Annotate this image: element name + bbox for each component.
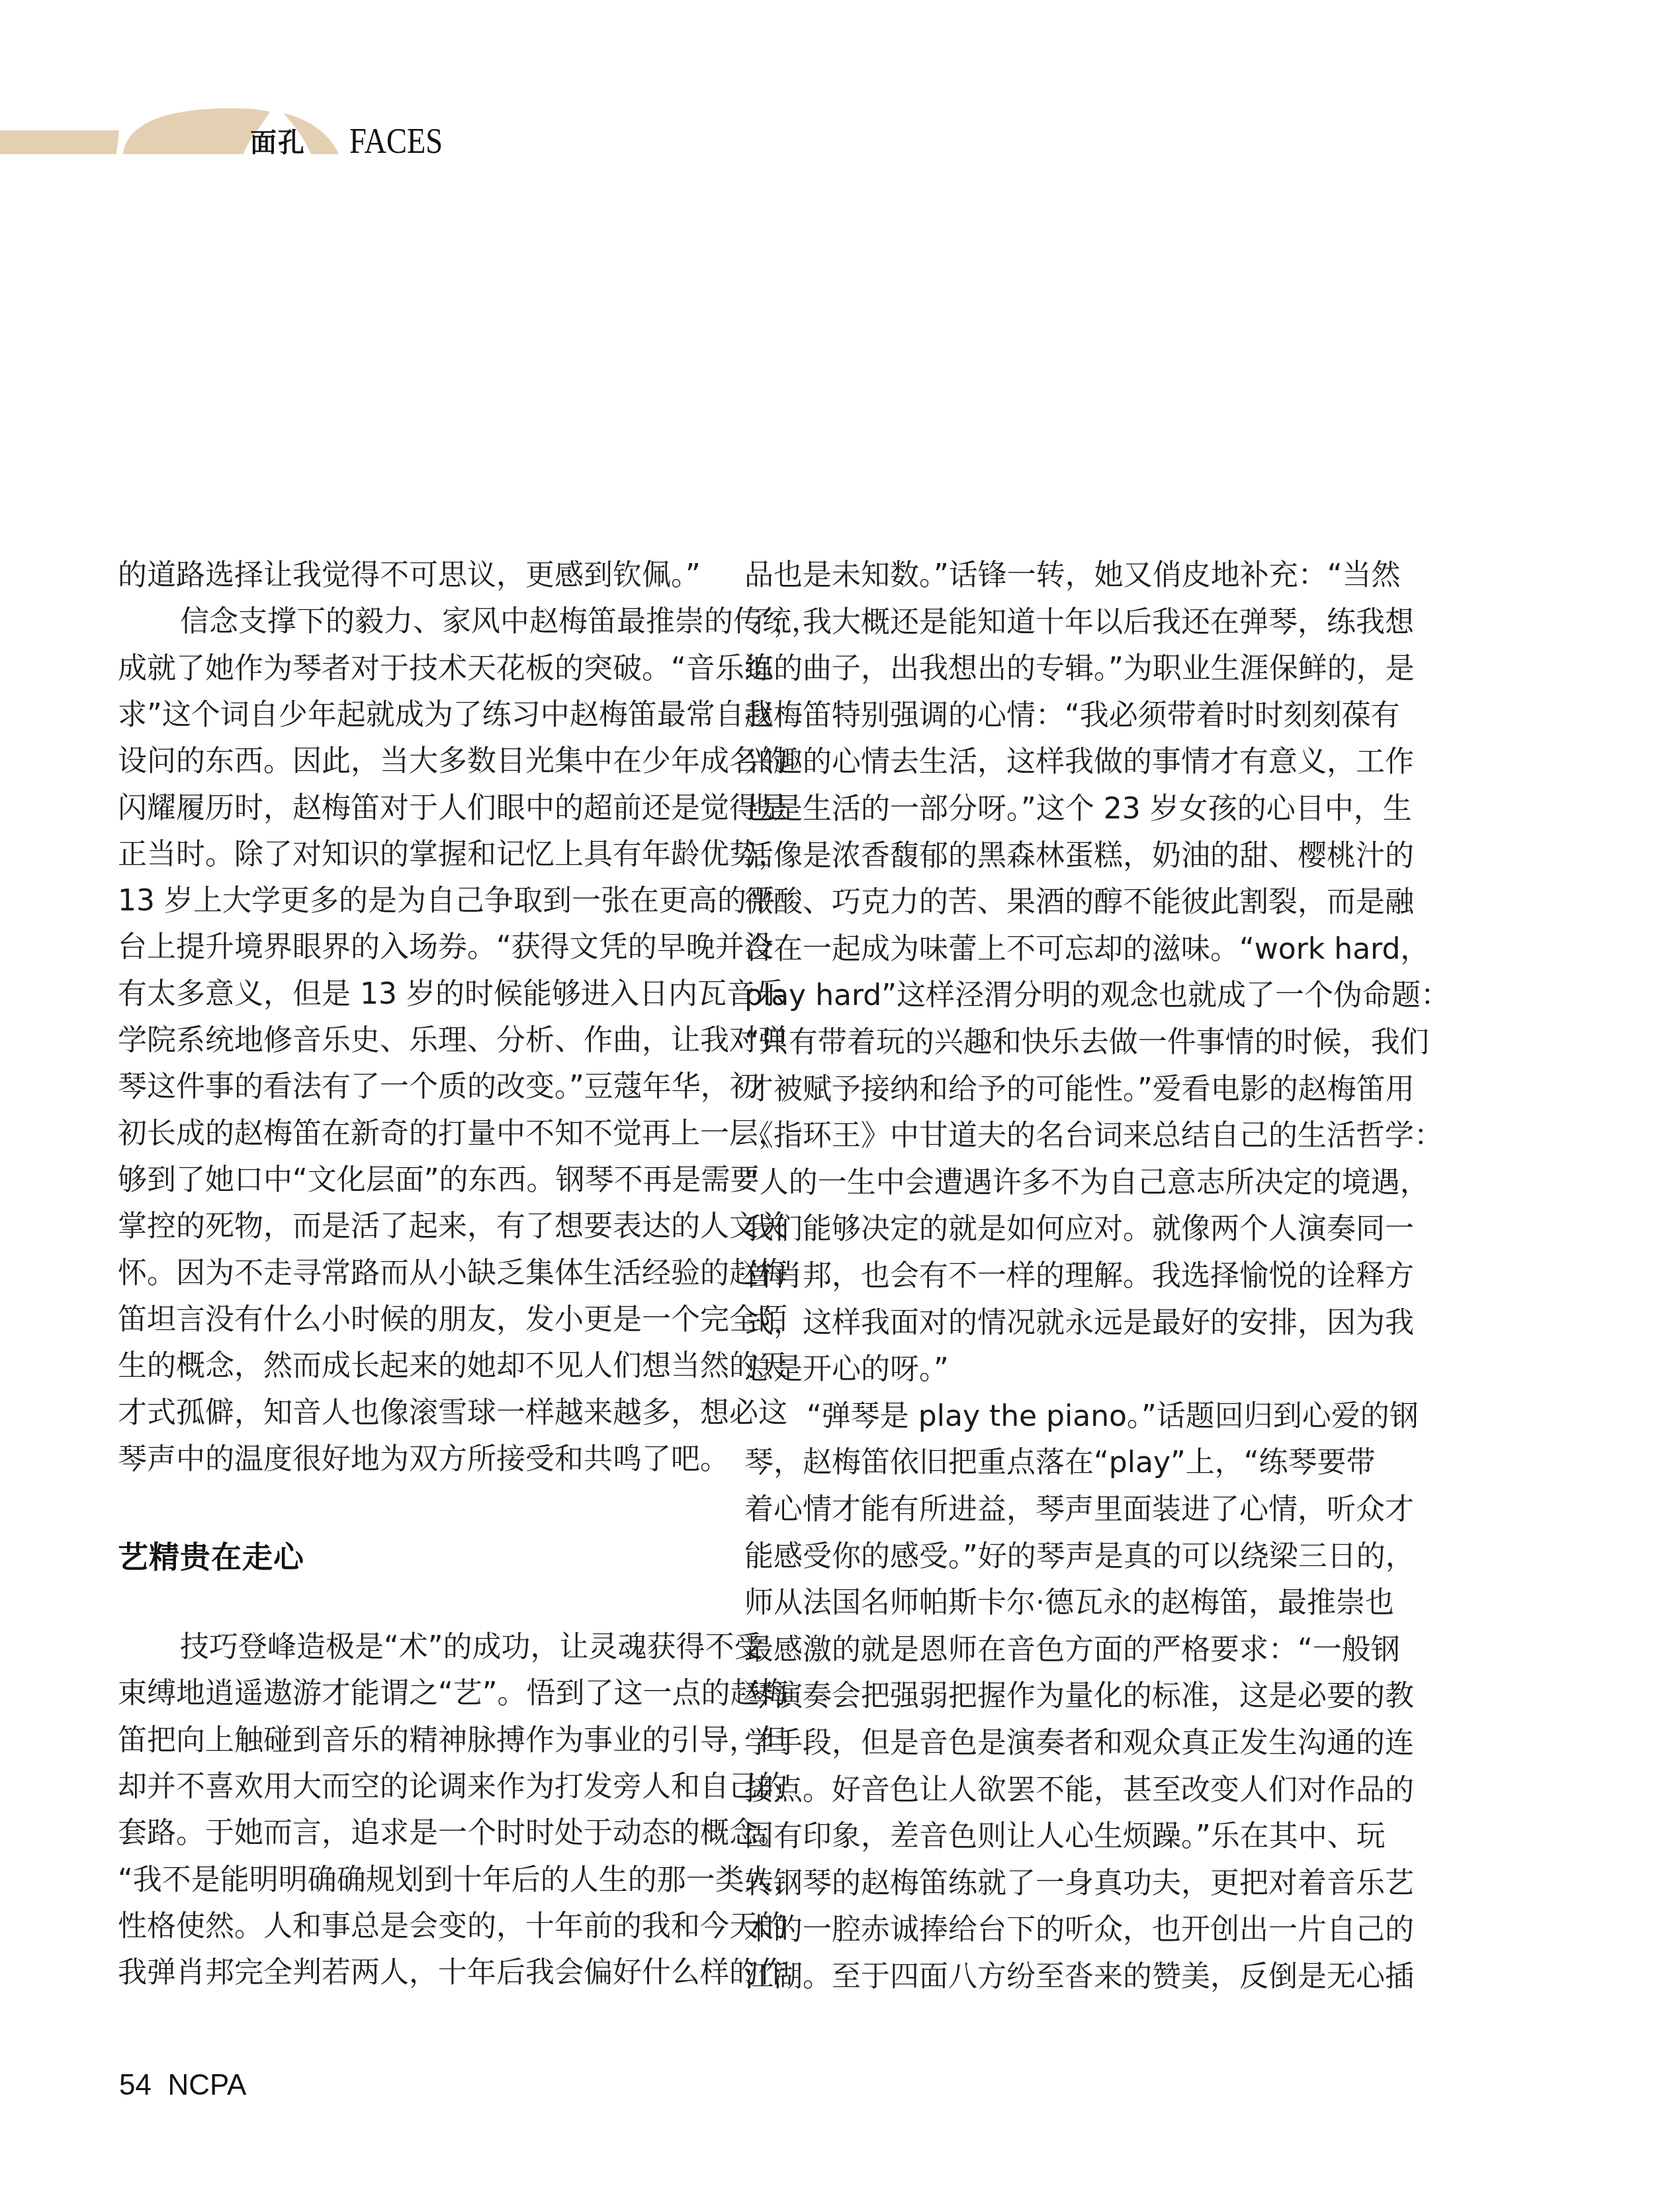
body-line: 兴趣的心情去生活，这样我做的事情才有意义，工作 [744, 742, 1337, 782]
body-line: 琴，赵梅笛依旧把重点落在“play”上，“练琴要带 [744, 1443, 1337, 1483]
body-line: 信念支撑下的毅力、家风中赵梅笛最推崇的传统， [118, 602, 710, 642]
body-line: 笛把向上触碰到音乐的精神脉搏作为事业的引导，但 [118, 1721, 710, 1761]
body-line: 有太多意义，但是 13 岁的时候能够进入日内瓦音乐 [118, 975, 710, 1014]
section-heading: 艺精贵在走心 [118, 1537, 304, 1577]
section-title-zh: 面孔 [250, 127, 306, 159]
body-line: 的道路选择让我觉得不可思议，更感到钦佩。” [118, 556, 710, 595]
body-line: 学手段，但是音色是演奏者和观众真正发生沟通的连 [744, 1724, 1337, 1763]
body-line: 闪耀履历时，赵梅笛对于人们眼中的超前还是觉得是 [118, 789, 710, 828]
body-line: 掌控的死物，而是活了起来，有了想要表达的人文关 [118, 1207, 710, 1247]
body-line: 求”这个词自少年起就成为了练习中赵梅笛最常自我 [118, 695, 710, 735]
body-line: 设问的东西。因此，当大多数目光集中在少年成名的 [118, 742, 710, 781]
body-line: 正当时。除了对知识的掌握和记忆上具有年龄优势， [118, 835, 710, 875]
body-line: 江湖。至于四面八方纷至沓来的赞美，反倒是无心插 [744, 1957, 1337, 1997]
body-line: 琴这件事的看法有了一个质的改变。”豆蔻年华，初 [118, 1067, 710, 1107]
body-line: 性格使然。人和事总是会变的，十年前的我和今天的 [118, 1907, 710, 1947]
body-line: 怀。因为不走寻常路而从小缺乏集体生活经验的赵梅 [118, 1254, 710, 1293]
body-line: 13 岁上大学更多的是为自己争取到一张在更高的平 [118, 881, 710, 921]
body-line: 转钢琴的赵梅笛练就了一身真功夫，更把对着音乐艺 [744, 1864, 1337, 1904]
body-line: 了，我大概还是能知道十年以后我还在弹琴，练我想 [744, 603, 1337, 642]
body-line: “我不是能明明确确规划到十年后的人生的那一类人， [118, 1860, 710, 1900]
body-line: 才式孤僻，知音人也像滚雪球一样越来越多，想必这 [118, 1393, 710, 1433]
body-line: 也是生活的一部分呀。”这个 23 岁女孩的心目中，生 [744, 789, 1337, 829]
body-line: play hard”这样泾渭分明的观念也就成了一个伪命题： [744, 976, 1337, 1016]
body-line: 我弹肖邦完全判若两人，十年后我会偏好什么样的作 [118, 1953, 710, 1993]
body-line: 生的概念，然而成长起来的她却不见人们想当然的天 [118, 1346, 710, 1386]
body-line: 够到了她口中“文化层面”的东西。钢琴不再是需要 [118, 1160, 710, 1200]
body-line: 《指环王》中甘道夫的名台词来总结自己的生活哲学： [744, 1116, 1337, 1156]
body-line: 却并不喜欢用大而空的论调来作为打发旁人和自己的 [118, 1767, 710, 1807]
page-folio: 54 NCPA [119, 2067, 246, 2104]
body-line: 束缚地逍遥遨游才能谓之“艺”。悟到了这一点的赵梅 [118, 1674, 710, 1714]
body-line: 活像是浓香馥郁的黑森林蛋糕，奶油的甜、樱桃汁的 [744, 836, 1337, 876]
magazine-page: 面孔 FACES 的道路选择让我觉得不可思议，更感到钦佩。” 信念支撑下的毅力、… [0, 0, 1680, 2188]
body-line: 成就了她作为琴者对于技术天花板的突破。“音乐追 [118, 649, 710, 689]
body-line: 式，这样我面对的情况就永远是最好的安排，因为我 [744, 1303, 1337, 1343]
body-line: 能感受你的感受。”好的琴声是真的可以绕梁三日的， [744, 1537, 1337, 1577]
body-line: 笛坦言没有什么小时候的朋友，发小更是一个完全陌 [118, 1300, 710, 1340]
body-line: “只有带着玩的兴趣和快乐去做一件事情的时候，我们 [744, 1023, 1337, 1063]
body-line: 才被赋予接纳和给予的可能性。”爱看电影的赵梅笛用 [744, 1070, 1337, 1110]
body-line: 首肖邦，也会有不一样的理解。我选择愉悦的诠释方 [744, 1256, 1337, 1296]
body-line: 最感激的就是恩师在音色方面的严格要求：“一般钢 [744, 1630, 1337, 1670]
body-line: 琴声中的温度很好地为双方所接受和共鸣了吧。 [118, 1440, 710, 1479]
body-line: 学院系统地修音乐史、乐理、分析、作曲，让我对弹 [118, 1021, 710, 1061]
body-line: 初长成的赵梅笛在新奇的打量中不知不觉再上一层， [118, 1114, 710, 1154]
body-line: 品也是未知数。”话锋一转，她又俏皮地补充：“当然 [744, 556, 1337, 595]
body-line: 接点。好音色让人欲罢不能，甚至改变人们对作品的 [744, 1771, 1337, 1810]
body-line: 总是开心的呀。” [744, 1350, 1337, 1389]
section-title-en: FACES [349, 121, 443, 161]
body-line: 师从法国名师帕斯卡尔·德瓦永的赵梅笛，最推崇也 [744, 1583, 1337, 1623]
body-line: 固有印象，差音色则让人心生烦躁。”乐在其中、玩 [744, 1817, 1337, 1857]
body-line: 技巧登峰造极是“术”的成功，让灵魂获得不受 [118, 1628, 710, 1667]
body-line: 台上提升境界眼界的入场券。“获得文凭的早晚并没 [118, 928, 710, 967]
body-line: 我们能够决定的就是如何应对。就像两个人演奏同一 [744, 1209, 1337, 1249]
body-line: 着心情才能有所进益，琴声里面装进了心情，听众才 [744, 1490, 1337, 1530]
body-line: 练的曲子，出我想出的专辑。”为职业生涯保鲜的，是 [744, 649, 1337, 689]
body-line: 合在一起成为味蕾上不可忘却的滋味。“work hard， [744, 930, 1337, 969]
body-line: 套路。于她而言，追求是一个时时处于动态的概念。 [118, 1814, 710, 1853]
body-line: 术的一腔赤诚捧给台下的听众，也开创出一片自己的 [744, 1910, 1337, 1950]
body-line: 微酸、巧克力的苦、果酒的醇不能彼此割裂，而是融 [744, 883, 1337, 922]
body-line: 琴演奏会把强弱把握作为量化的标准，这是必要的教 [744, 1677, 1337, 1716]
body-line: 赵梅笛特别强调的心情：“我必须带着时时刻刻葆有 [744, 696, 1337, 736]
body-line: “人的一生中会遭遇许多不为自己意志所决定的境遇， [744, 1163, 1337, 1203]
body-line: “弹琴是 play the piano。”话题回归到心爱的钢 [744, 1397, 1337, 1436]
